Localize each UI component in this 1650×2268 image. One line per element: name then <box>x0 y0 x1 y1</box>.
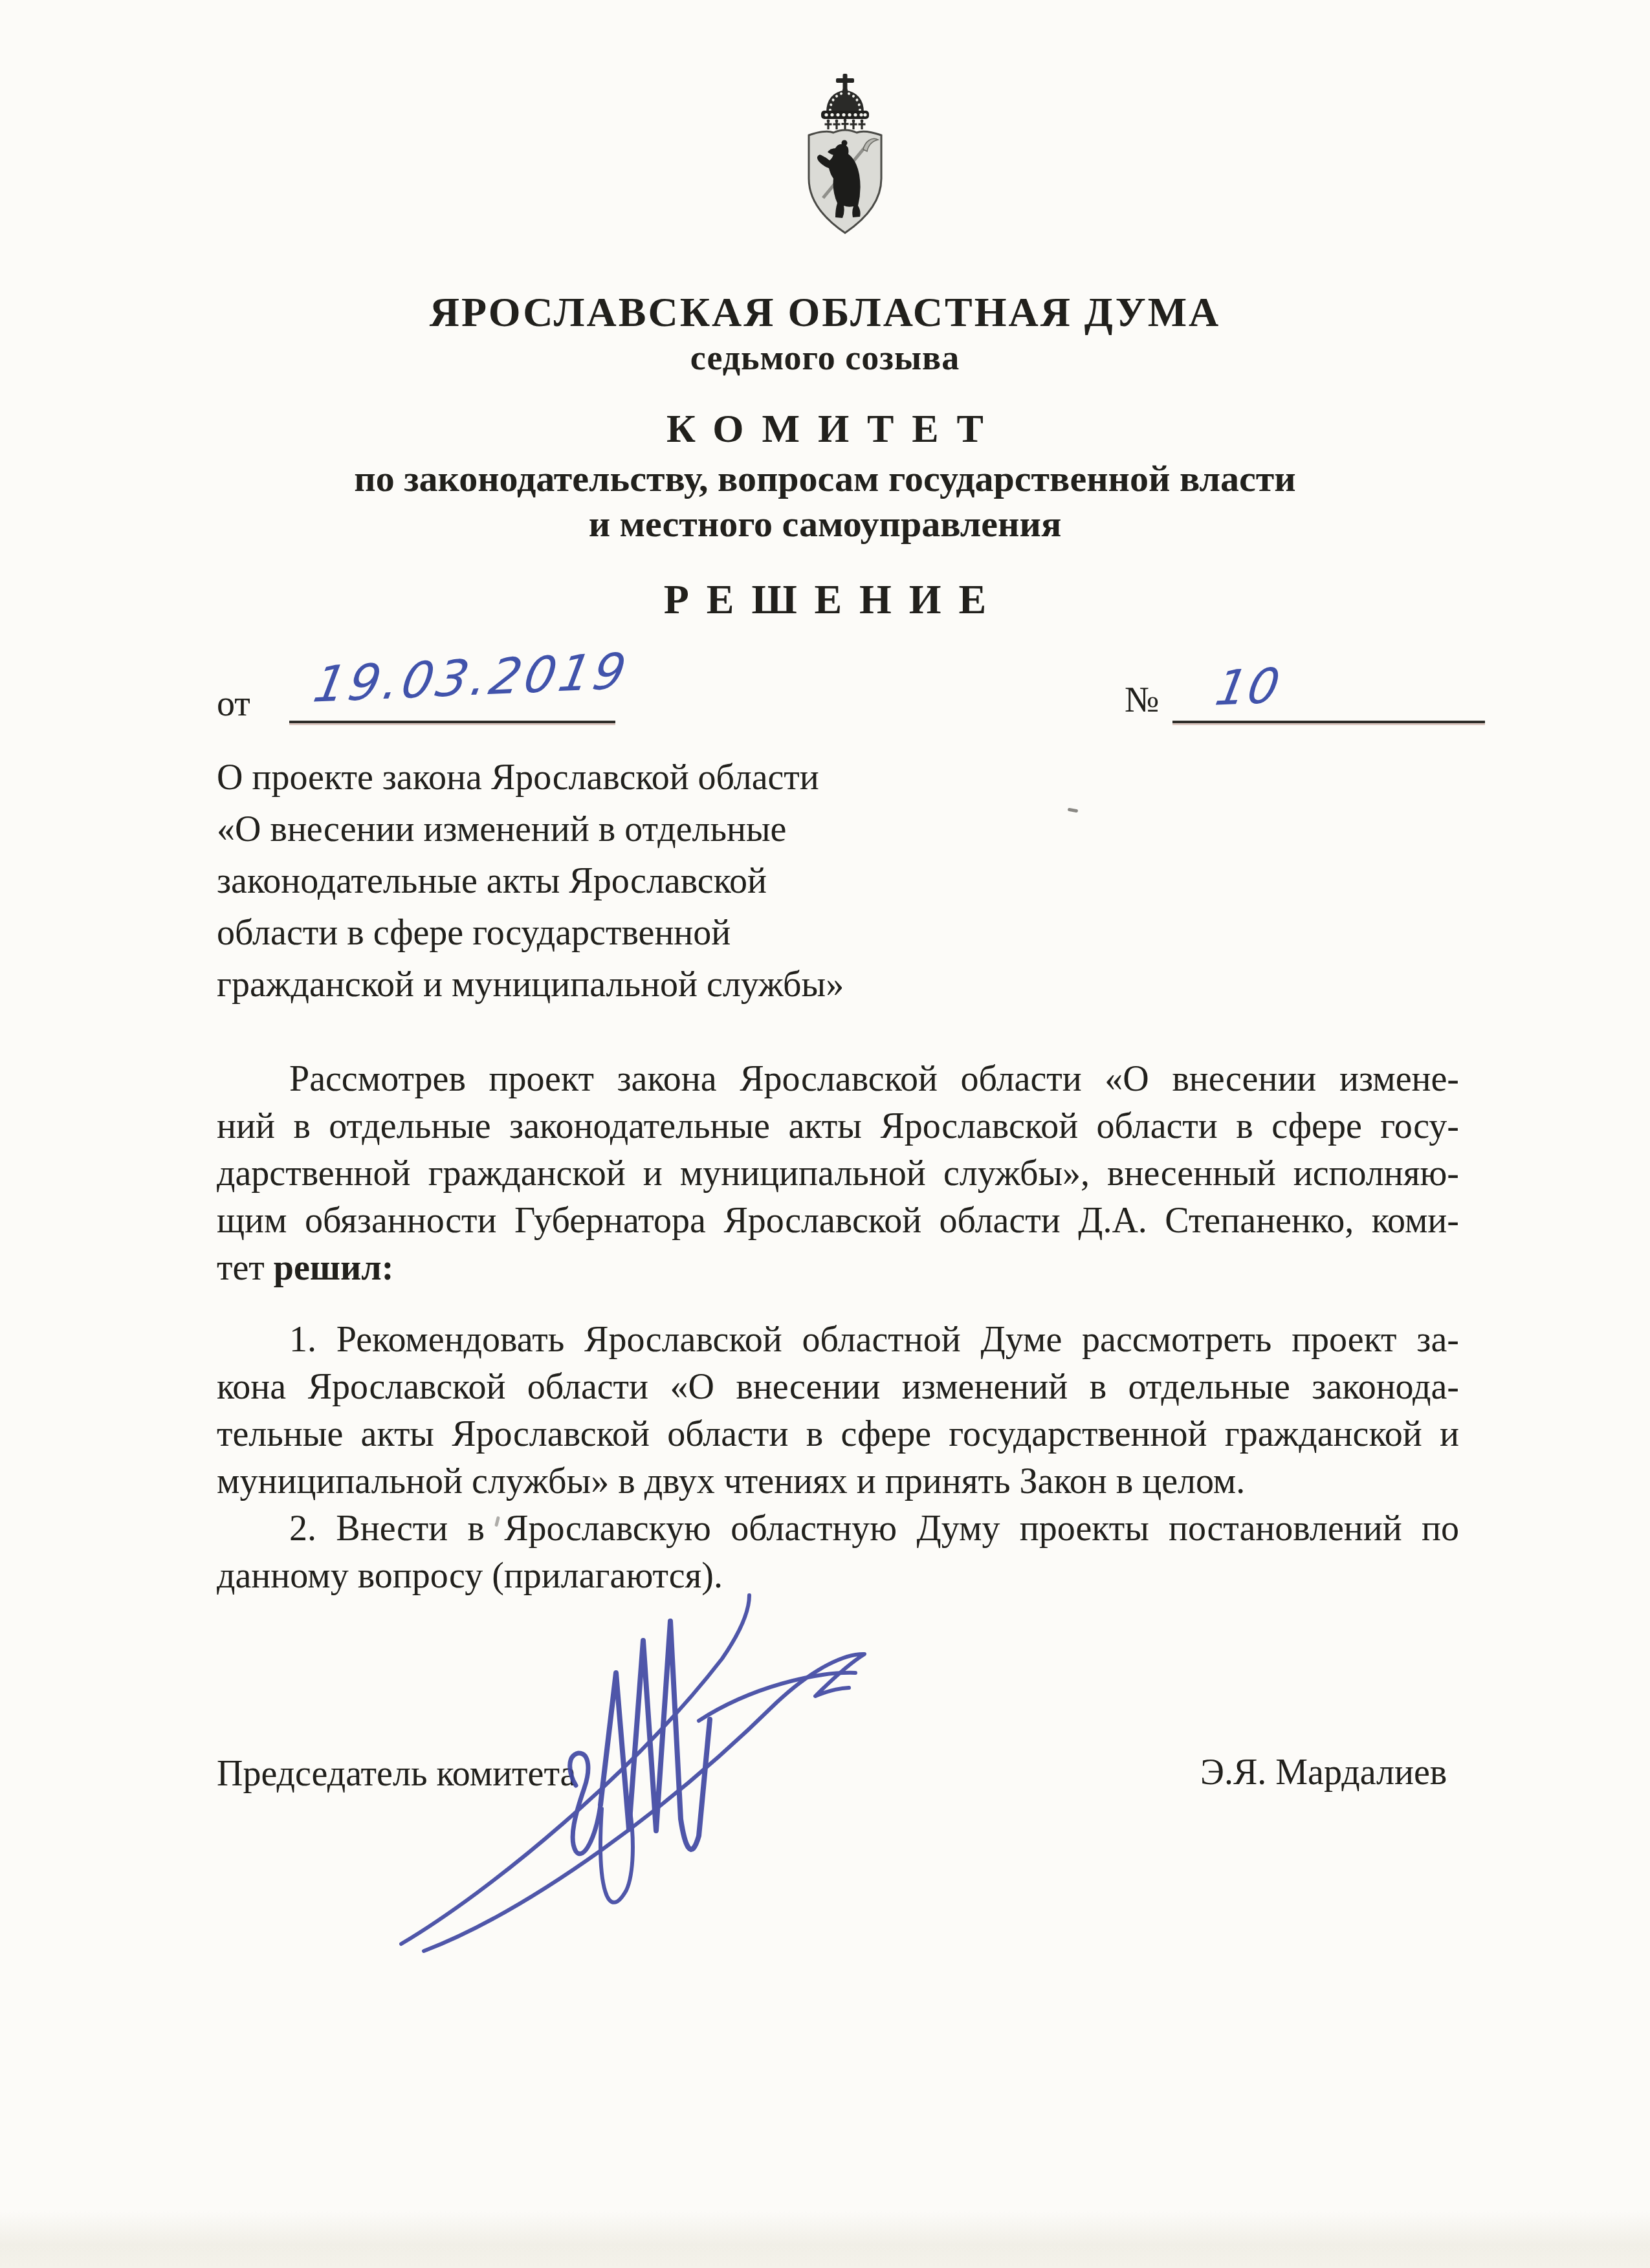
number-underline <box>1172 721 1485 723</box>
subject-line: законодательные акты Ярославской <box>217 855 961 907</box>
document-type-heading: РЕШЕНИЕ <box>0 576 1650 624</box>
item1-line: муниципальной службы» в двух чтениях и п… <box>217 1458 1459 1505</box>
subject-line: области в сфере государственной <box>217 907 961 959</box>
organization-title: ЯРОСЛАВСКАЯ ОБЛАСТНАЯ ДУМА <box>0 289 1650 336</box>
subject-line: гражданской и муниципальной службы» <box>217 959 961 1010</box>
number-label: № <box>1125 679 1159 721</box>
body-line: Рассмотрев проект закона Ярославской обл… <box>217 1056 1459 1103</box>
body-line: щим обязанности Губернатора Ярославской … <box>217 1197 1459 1245</box>
item1-line: кона Ярославской области «О внесении изм… <box>217 1364 1459 1411</box>
committee-heading: КОМИТЕТ <box>0 406 1650 452</box>
scan-speck <box>1068 808 1079 813</box>
handwritten-signature <box>362 1527 880 1979</box>
committee-description-line2: и местного самоуправления <box>0 502 1650 545</box>
subject-block: О проекте закона Ярославской области «О … <box>217 752 961 1010</box>
resolved-keyword: решил: <box>274 1248 394 1288</box>
committee-description-line1: по законодательству, вопросам государств… <box>0 457 1650 500</box>
scanned-document-page: ЯРОСЛАВСКАЯ ОБЛАСТНАЯ ДУМА седьмого созы… <box>0 0 1650 2268</box>
body-line: ний в отдельные законодательные акты Яро… <box>217 1103 1459 1150</box>
subject-line: «О внесении изменений в отдельные <box>217 803 961 855</box>
subject-line: О проекте закона Ярославской области <box>217 752 961 803</box>
convocation-line: седьмого созыва <box>0 338 1650 378</box>
handwritten-number: 10 <box>1211 658 1285 717</box>
resolved-plain: тет <box>217 1248 274 1288</box>
signer-name: Э.Я. Мардалиев <box>1200 1752 1447 1793</box>
body-line: тет решил: <box>217 1245 1459 1292</box>
preamble-paragraph: Рассмотрев проект закона Ярославской обл… <box>217 1056 1459 1292</box>
item1-line: тельные акты Ярославской области в сфере… <box>217 1411 1459 1458</box>
body-line: дарственной гражданской и муниципальной … <box>217 1150 1459 1197</box>
handwritten-date: 19.03.2019 <box>309 642 633 714</box>
yaroslavl-coat-of-arms-icon <box>800 70 890 241</box>
date-label: от <box>217 683 250 725</box>
item1-line: 1. Рекомендовать Ярославской областной Д… <box>217 1316 1459 1364</box>
date-underline <box>289 721 615 723</box>
